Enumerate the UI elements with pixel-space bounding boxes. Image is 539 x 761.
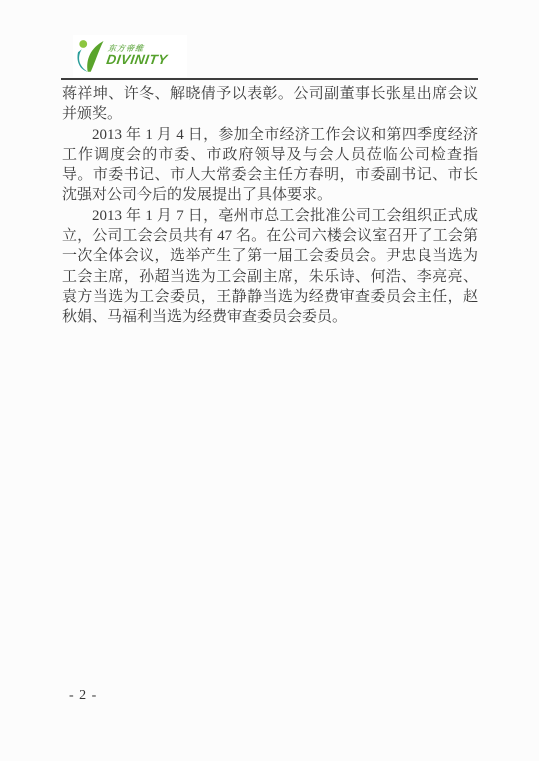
paragraph-awards-continuation: 蒋祥坤、许冬、解晓倩予以表彰。公司副董事长张星出席会议并颁奖。 bbox=[62, 84, 478, 125]
document-page: 东方帝维 DIVINITY 蒋祥坤、许冬、解晓倩予以表彰。公司副董事长张星出席会… bbox=[0, 0, 539, 761]
company-logo: 东方帝维 DIVINITY bbox=[73, 35, 187, 77]
header-divider bbox=[61, 78, 478, 80]
logo-swoosh-icon bbox=[75, 37, 105, 75]
document-body: 蒋祥坤、许冬、解晓倩予以表彰。公司副董事长张星出席会议并颁奖。 2013 年 1… bbox=[62, 84, 478, 328]
paragraph-city-inspection: 2013 年 1 月 4 日，参加全市经济工作会议和第四季度经济工作调度会的市委… bbox=[62, 125, 478, 206]
paragraph-union-founding: 2013 年 1 月 7 日，亳州市总工会批准公司工会组织正式成立，公司工会会员… bbox=[62, 206, 478, 328]
logo-brand-english: DIVINITY bbox=[105, 53, 168, 67]
page-number: - 2 - bbox=[69, 688, 97, 704]
logo-text: 东方帝维 DIVINITY bbox=[105, 45, 169, 67]
